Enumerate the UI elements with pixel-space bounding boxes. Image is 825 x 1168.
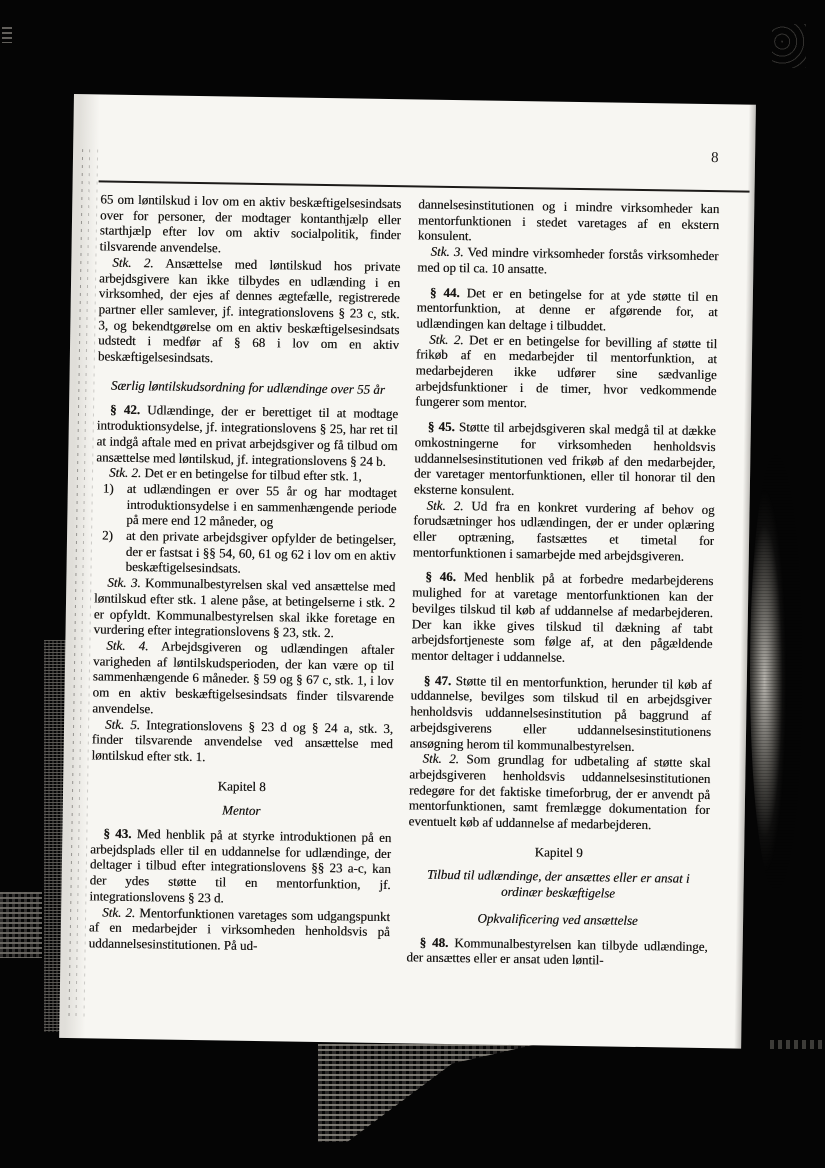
paragraph: § 43. Med henblik på at styrke introdukt… (89, 825, 391, 908)
heading: Mentor (91, 801, 392, 821)
page-edge-shade (734, 105, 756, 1049)
paragraph-lead: Stk. 2. (109, 465, 141, 481)
list-item-number: 1) (102, 480, 127, 527)
scan-noise-top-left (2, 27, 12, 43)
column-left: 65 om løntilskud i lov om en aktiv beskæ… (87, 191, 401, 1032)
header-rule (99, 180, 750, 192)
column-right: dannelsesinstitutionen og i mindre virks… (405, 196, 719, 1037)
paragraph-text: Med henblik på at styrke introduktionen … (89, 826, 391, 905)
paragraph: Stk. 5. Integrationslovens § 23 d og § 2… (91, 716, 393, 768)
list-item-text: at den private arbejdsgiver opfylder de … (125, 528, 396, 579)
page-stack-line (75, 149, 90, 1020)
paragraph: § 42. Udlændinge, der er berettiget til … (96, 402, 398, 470)
scan-glare (750, 455, 802, 890)
paragraph: Stk. 2. Ansættelse med løntilskud hos pr… (98, 254, 401, 369)
paragraph-lead: § 48. (420, 934, 449, 949)
page-number: 8 (711, 150, 719, 167)
scan-noise-bottom-right (770, 1040, 825, 1049)
heading: Kapitel 8 (91, 776, 392, 796)
heading-text: Kapitel 9 (535, 844, 583, 860)
paragraph-text: dannelsesinstitutionen og i mindre virks… (418, 196, 720, 243)
paragraph: Stk. 4. Arbejdsgiveren og udlændingen af… (92, 637, 394, 720)
paragraph-lead: Stk. 2. (429, 331, 464, 347)
paragraph-lead: § 42. (110, 402, 140, 417)
paragraph: § 48. Kommunalbestyrelsen kan tilbyde ud… (406, 934, 707, 970)
paragraph-lead: § 44. (430, 284, 460, 299)
paragraph-text: Med henblik på at forbedre medarbejderen… (411, 570, 713, 665)
numbered-list: 1)at udlændingen er over 55 år og har mo… (94, 480, 396, 579)
paragraph-lead: Stk. 3. (107, 575, 141, 591)
paragraph-lead: § 47. (424, 672, 452, 687)
paragraph-text: Støtte til en mentorfunktion, herunder t… (410, 673, 712, 754)
paragraph: Stk. 2. Mentorfunktionen varetages som u… (89, 904, 391, 956)
paragraph: § 46. Med henblik på at forbedre medarbe… (411, 569, 713, 668)
paragraph-text: 65 om løntilskud i lov om en aktiv beskæ… (99, 191, 401, 255)
paragraph-lead: Stk. 2. (426, 497, 463, 513)
paragraph-text: Det er en betingelse for at yde støtte t… (416, 285, 718, 334)
paragraph-lead: Stk. 4. (106, 638, 148, 654)
paragraph-lead: § 43. (103, 826, 131, 841)
list-item-number: 2) (101, 528, 126, 575)
scanner-background: 8 65 om løntilskud i lov om en aktiv bes… (0, 0, 825, 1168)
heading: Opkvalificering ved ansættelse (407, 909, 708, 929)
heading: Tilbud til udlændinge, der ansættes elle… (407, 867, 708, 903)
paragraph: Stk. 3. Kommunalbestyrelsen skal ved ans… (93, 575, 395, 643)
scan-noise-bottom (318, 1044, 562, 1142)
paragraph: Stk. 2. Ud fra en konkret vurdering af b… (413, 497, 715, 565)
list-item: 2)at den private arbejdsgiver opfylder d… (94, 527, 396, 579)
paragraph-lead: Stk. 2. (102, 904, 135, 920)
paragraph: 65 om løntilskud i lov om en aktiv beskæ… (99, 191, 401, 259)
heading-text: Kapitel 8 (218, 778, 266, 794)
paragraph-lead: Stk. 5. (105, 716, 140, 732)
paragraph-lead: § 45. (428, 419, 455, 434)
list-item-text: at udlændingen er over 55 år og har modt… (126, 481, 397, 532)
paragraph-lead: Stk. 3. (430, 244, 463, 260)
paragraph-lead: § 46. (425, 569, 456, 584)
paragraph: Stk. 2. Det er en betingelse for bevilli… (415, 331, 717, 414)
page-content: 65 om løntilskud i lov om en aktiv beskæ… (87, 191, 719, 1037)
paragraph: § 47. Støtte til en mentorfunktion, heru… (410, 672, 712, 755)
document-page: 8 65 om løntilskud i lov om en aktiv bes… (59, 94, 756, 1049)
paragraph-text: Kommunalbestyrelsen kan tilbyde udlændin… (406, 935, 707, 968)
paragraph-lead: Stk. 2. (422, 751, 459, 767)
heading: Kapitel 9 (408, 842, 709, 862)
heading: Særlig løntilskudsordning for udlændinge… (97, 377, 398, 397)
scan-noise-bottom-left (0, 892, 42, 958)
list-item: 1)at udlændingen er over 55 år og har mo… (95, 480, 397, 532)
paragraph: § 45. Støtte til arbejdsgiveren skal med… (414, 419, 716, 502)
heading-text: Særlig løntilskudsordning for udlændinge… (111, 377, 385, 396)
heading-text: Mentor (222, 803, 261, 819)
scan-noise-top-right (772, 24, 806, 68)
heading-text: Opkvalificering ved ansættelse (477, 910, 638, 928)
heading-text: Tilbud til udlændinge, der ansættes elle… (427, 867, 690, 901)
paragraph-lead: Stk. 2. (112, 254, 153, 270)
paragraph: § 44. Det er en betingelse for at yde st… (416, 284, 718, 336)
paragraph: Stk. 2. Som grundlag for udbetaling af s… (408, 751, 710, 834)
paragraph-text: Støtte til arbejdsgiveren skal medgå til… (414, 419, 716, 498)
paragraph: dannelsesinstitutionen og i mindre virks… (418, 196, 720, 248)
page-stack-line (68, 149, 83, 1020)
paragraph-text: Ansættelse med løntilskud hos private ar… (98, 255, 401, 365)
paragraph-text: Udlændinge, der er berettiget til at mod… (96, 403, 398, 469)
paragraph: Stk. 3. Ved mindre virksomheder forstås … (417, 244, 718, 280)
